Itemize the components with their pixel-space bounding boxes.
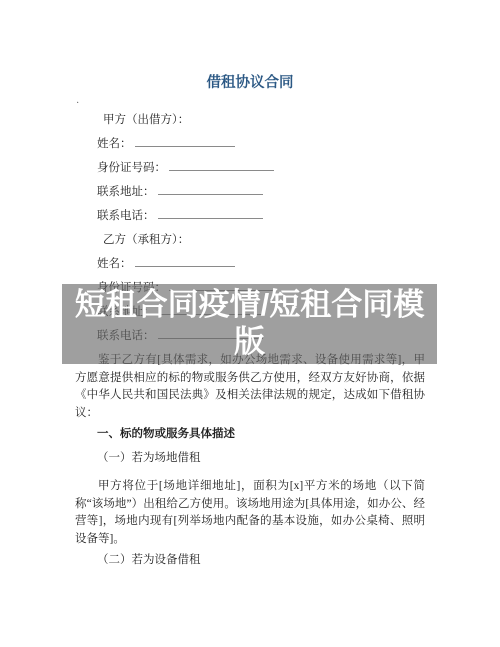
name-label: 姓名： bbox=[97, 138, 132, 150]
party-a-name-row: 姓名： bbox=[75, 132, 425, 156]
watermark-text-line: 短租合同疫情/短租合同模 bbox=[62, 286, 437, 323]
document-title: 借租协议合同 bbox=[75, 70, 425, 96]
document-page: · 借租协议合同 甲方（出借方）： 姓名： 身份证号码： 联系地址： 联系电话：… bbox=[0, 0, 500, 647]
party-b-heading: 乙方（承租方）： bbox=[75, 228, 425, 252]
subsection-2-heading: （二）若为设备借租 bbox=[75, 548, 425, 572]
subsection-1-heading: （一）若为场地借租 bbox=[75, 446, 425, 470]
party-a-heading: 甲方（出借方）： bbox=[75, 108, 425, 132]
party-b-name-row: 姓名： bbox=[75, 252, 425, 276]
id-number-fill-in-blank bbox=[169, 158, 274, 171]
clause-site-rental-paragraph: 甲方将位于[场地详细地址]，面积为[x]平方米的场地（以下简称“该场地”）出租给… bbox=[75, 478, 425, 548]
phone-fill-in-blank bbox=[158, 206, 263, 219]
phone-label: 联系电话： bbox=[97, 210, 155, 222]
party-a-phone-row: 联系电话： bbox=[75, 204, 425, 228]
party-a-address-row: 联系地址： bbox=[75, 180, 425, 204]
address-label: 联系地址： bbox=[97, 186, 155, 198]
name-fill-in-blank bbox=[135, 134, 235, 147]
watermark-text-line: 版 bbox=[62, 323, 437, 360]
name-label: 姓名： bbox=[97, 258, 132, 270]
id-number-label: 身份证号码： bbox=[97, 162, 166, 174]
address-fill-in-blank bbox=[158, 182, 263, 195]
section-1-heading: 一、标的物或服务具体描述 bbox=[75, 422, 425, 446]
watermark-overlay: 短租合同疫情/短租合同模 版 bbox=[62, 284, 437, 364]
name-fill-in-blank bbox=[135, 254, 235, 267]
party-a-id-row: 身份证号码： bbox=[75, 156, 425, 180]
